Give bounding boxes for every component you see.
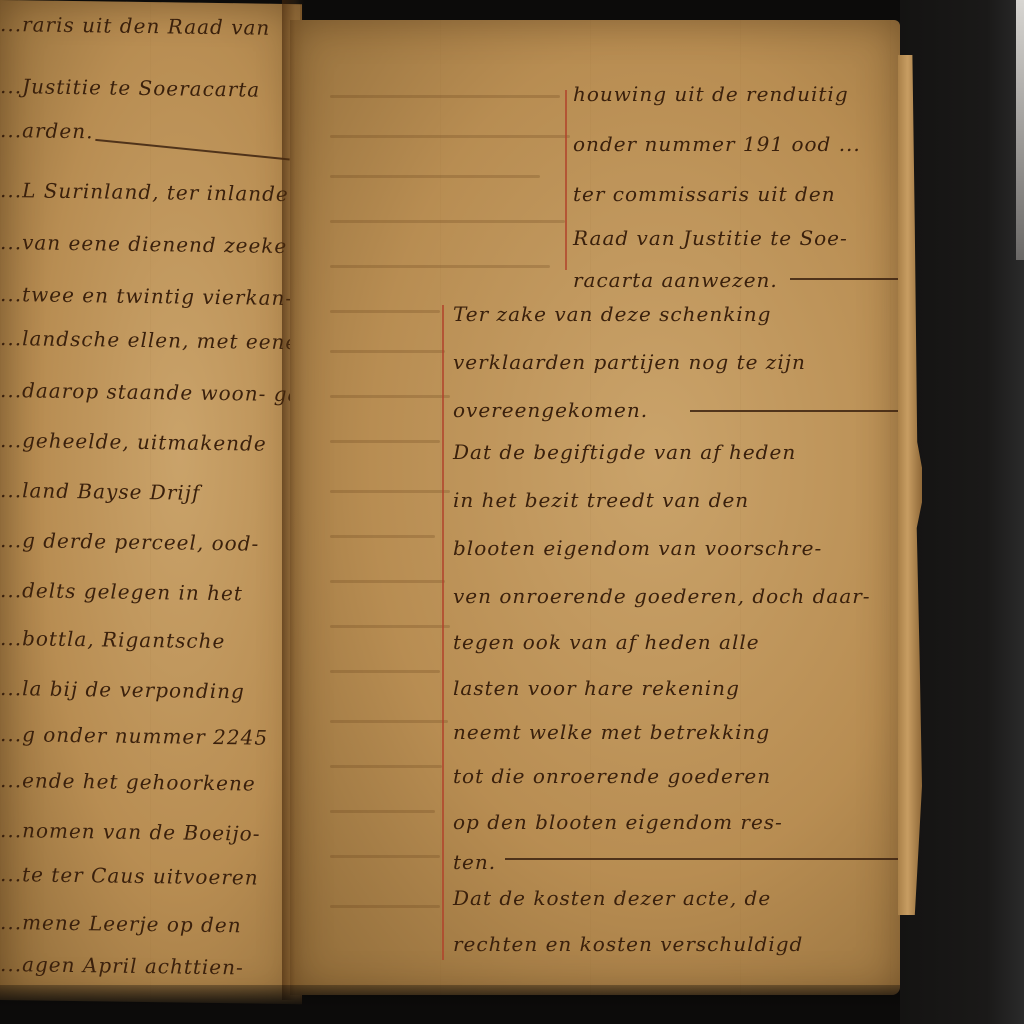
right-line: in het bezit treedt van den xyxy=(453,488,749,512)
margin-rule-top xyxy=(565,90,567,270)
left-line: ...geheelde, uitmakende xyxy=(0,428,267,456)
left-line: ...landsche ellen, met eene xyxy=(0,326,298,354)
left-line: ...g derde perceel, ood- xyxy=(0,528,259,556)
bleed-through xyxy=(330,490,450,493)
left-line: ...Justitie te Soeracarta xyxy=(0,74,260,102)
left-line: ...twee en twintig vierkan- xyxy=(0,282,293,310)
left-line: ...L Surinland, ter inlande xyxy=(0,178,289,206)
right-line: tegen ook van af heden alle xyxy=(453,630,760,654)
right-line: rechten en kosten verschuldigd xyxy=(453,932,803,956)
right-line: neemt welke met betrekking xyxy=(453,720,770,744)
bleed-through xyxy=(330,395,450,398)
left-page: ...raris uit den Raad van ...Justitie te… xyxy=(0,0,302,1004)
margin-rule-main xyxy=(442,305,444,960)
right-line: Raad van Justitie te Soe- xyxy=(573,226,848,250)
left-line: ...arden. xyxy=(0,118,93,143)
left-line: ...delts gelegen in het xyxy=(0,578,243,605)
ruled-line xyxy=(95,139,289,161)
right-line: verklaarden partijen nog te zijn xyxy=(453,350,806,374)
left-line: ...land Bayse Drijf xyxy=(0,478,200,505)
bottom-shadow xyxy=(0,985,900,1024)
bleed-through xyxy=(330,440,440,443)
bleed-through xyxy=(330,310,440,313)
left-line: ...ende het gehoorkene xyxy=(0,768,256,796)
book-gutter xyxy=(282,0,304,1000)
right-line: ter commissaris uit den xyxy=(573,182,836,206)
left-line: ...nomen van de Boeijo- xyxy=(0,818,260,846)
right-page: houwing uit de renduitig onder nummer 19… xyxy=(290,20,900,995)
bleed-through xyxy=(330,135,570,138)
right-line: ten. xyxy=(453,850,496,874)
left-line: ...raris uit den Raad van xyxy=(0,12,270,40)
right-line: lasten voor hare rekening xyxy=(453,676,740,700)
bleed-through xyxy=(330,720,448,723)
right-line: blooten eigendom van voorschre- xyxy=(453,536,822,560)
left-line: ...mene Leerje op den xyxy=(0,910,242,937)
bleed-through xyxy=(330,855,440,858)
bleed-through xyxy=(330,95,560,98)
right-line: houwing uit de renduitig xyxy=(573,82,849,106)
right-line: Ter zake van deze schenking xyxy=(453,302,771,326)
left-line: ...g onder nummer 2245 xyxy=(0,722,268,750)
left-line: ...daarop staande woon- gaaf xyxy=(0,378,322,406)
right-line: racarta aanwezen. xyxy=(573,268,778,292)
bleed-through xyxy=(330,175,540,178)
bleed-through xyxy=(330,220,565,223)
bleed-through xyxy=(330,765,442,768)
bleed-through xyxy=(330,580,445,583)
right-line: op den blooten eigendom res- xyxy=(453,810,783,834)
bleed-through xyxy=(330,265,550,268)
right-line: Dat de begiftigde van af heden xyxy=(453,440,796,464)
left-line: ...van eene dienend zeeke xyxy=(0,230,287,258)
ruled-line xyxy=(790,278,900,280)
bleed-through xyxy=(330,670,440,673)
left-line: ...te ter Caus uitvoeren xyxy=(0,862,259,890)
right-line: ven onroerende goederen, doch daar- xyxy=(453,584,871,608)
right-line: overeengekomen. xyxy=(453,398,648,422)
bleed-through xyxy=(330,535,435,538)
bleed-through xyxy=(330,625,450,628)
bleed-through xyxy=(330,810,435,813)
background-object-edge xyxy=(1016,0,1024,260)
left-line: ...bottla, Rigantsche xyxy=(0,626,225,653)
ruled-line xyxy=(690,410,900,412)
bleed-through xyxy=(330,350,445,353)
bleed-through xyxy=(330,905,440,908)
right-line: Dat de kosten dezer acte, de xyxy=(453,886,771,910)
right-line: onder nummer 191 ood ... xyxy=(573,132,861,156)
ruled-line xyxy=(505,858,900,860)
left-line: ...agen April achttien- xyxy=(0,952,244,979)
left-line: ...la bij de verponding xyxy=(0,676,245,703)
right-line: tot die onroerende goederen xyxy=(453,764,771,788)
